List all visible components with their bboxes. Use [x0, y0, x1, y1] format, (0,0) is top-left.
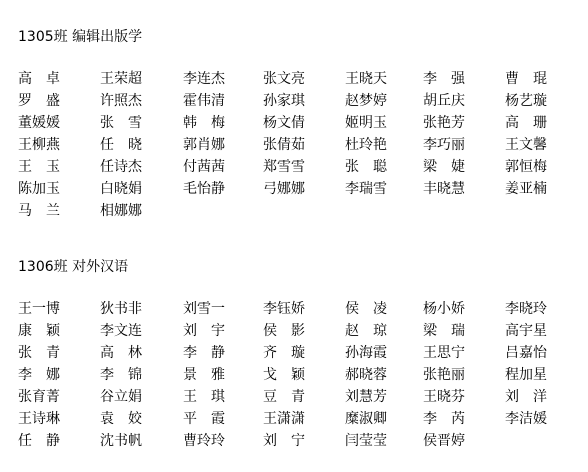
student-name: 杜玲艳	[345, 134, 423, 156]
student-name: 王诗琳	[18, 408, 100, 430]
class-section-1305: 1305班 编辑出版学 高 卓王荣超李连杰张文亮王晓天李 强曹 琨罗 盛许照杰霍…	[18, 30, 588, 222]
student-name: 刘慧芳	[345, 386, 423, 408]
student-name: 刘 洋	[505, 386, 588, 408]
class-section-1306: 1306班 对外汉语 王一博狄书非刘雪一李钰娇侯 凌杨小娇李晓玲康 颖李文连刘 …	[18, 260, 588, 452]
student-name: 高宇星	[505, 320, 588, 342]
student-name: 赵 琼	[345, 320, 423, 342]
student-name: 王潇潇	[263, 408, 345, 430]
student-name: 郭肖娜	[183, 134, 263, 156]
student-name: 姬明玉	[345, 112, 423, 134]
student-name: 李巧丽	[423, 134, 505, 156]
student-name: 王文馨	[505, 134, 588, 156]
student-name: 吕嘉怡	[505, 342, 588, 364]
student-name: 王 琪	[183, 386, 263, 408]
student-name: 景 雅	[183, 364, 263, 386]
student-name: 张文亮	[263, 68, 345, 90]
student-name: 王 玉	[18, 156, 100, 178]
student-name: 平 霞	[183, 408, 263, 430]
student-name: 任 晓	[100, 134, 183, 156]
student-name: 闫莹莹	[345, 430, 423, 452]
student-name: 程加星	[505, 364, 588, 386]
student-name: 豆 青	[263, 386, 345, 408]
student-name: 袁 姣	[100, 408, 183, 430]
student-name: 刘 宇	[183, 320, 263, 342]
student-name: 张 青	[18, 342, 100, 364]
student-name: 高 林	[100, 342, 183, 364]
student-name: 孙海霞	[345, 342, 423, 364]
student-name: 付茜茜	[183, 156, 263, 178]
student-name: 张倩茹	[263, 134, 345, 156]
student-name: 相娜娜	[100, 200, 183, 222]
student-name: 王荣超	[100, 68, 183, 90]
student-name: 戈 颖	[263, 364, 345, 386]
student-name: 齐 璇	[263, 342, 345, 364]
student-name: 胡丘庆	[423, 90, 505, 112]
student-name: 康 颖	[18, 320, 100, 342]
student-name: 杨小娇	[423, 298, 505, 320]
student-name: 杨文倩	[263, 112, 345, 134]
student-name: 马 兰	[18, 200, 100, 222]
student-name: 孙家琪	[263, 90, 345, 112]
student-name: 刘 宁	[263, 430, 345, 452]
student-name: 刘雪一	[183, 298, 263, 320]
student-name: 韩 梅	[183, 112, 263, 134]
student-name: 董媛媛	[18, 112, 100, 134]
student-name: 李 芮	[423, 408, 505, 430]
student-name: 李晓玲	[505, 298, 588, 320]
section-title-1306: 1306班 对外汉语	[18, 260, 588, 274]
student-name: 霍伟清	[183, 90, 263, 112]
student-name: 郑雪雪	[263, 156, 345, 178]
student-name: 李洁媛	[505, 408, 588, 430]
student-name: 谷立娟	[100, 386, 183, 408]
student-name: 陈加玉	[18, 178, 100, 200]
student-name: 张 雪	[100, 112, 183, 134]
student-name: 郭恒梅	[505, 156, 588, 178]
student-name: 罗 盛	[18, 90, 100, 112]
student-name: 沈书帆	[100, 430, 183, 452]
student-name: 王晓天	[345, 68, 423, 90]
student-name: 曹 琨	[505, 68, 588, 90]
student-name: 张艳芳	[423, 112, 505, 134]
student-name: 任诗杰	[100, 156, 183, 178]
student-name: 王一博	[18, 298, 100, 320]
student-name: 张 聪	[345, 156, 423, 178]
student-name: 王思宁	[423, 342, 505, 364]
student-name: 杨艺璇	[505, 90, 588, 112]
student-name: 糜淑卿	[345, 408, 423, 430]
student-name: 李钰娇	[263, 298, 345, 320]
student-name: 侯 影	[263, 320, 345, 342]
student-name: 侯 凌	[345, 298, 423, 320]
student-name: 李 强	[423, 68, 505, 90]
student-name: 李 锦	[100, 364, 183, 386]
student-name: 弓娜娜	[263, 178, 345, 200]
student-name: 毛怡静	[183, 178, 263, 200]
student-name: 李瑞雪	[345, 178, 423, 200]
student-name: 丰晓慧	[423, 178, 505, 200]
student-name: 李连杰	[183, 68, 263, 90]
class-roster-document: 1305班 编辑出版学 高 卓王荣超李连杰张文亮王晓天李 强曹 琨罗 盛许照杰霍…	[0, 0, 588, 452]
student-name: 许照杰	[100, 90, 183, 112]
student-name: 张育菁	[18, 386, 100, 408]
student-name: 侯晋婷	[423, 430, 505, 452]
student-name: 白晓娟	[100, 178, 183, 200]
student-name: 梁 瑞	[423, 320, 505, 342]
student-name: 狄书非	[100, 298, 183, 320]
section-title-1305: 1305班 编辑出版学	[18, 30, 588, 44]
student-name: 张艳丽	[423, 364, 505, 386]
student-name: 高 珊	[505, 112, 588, 134]
student-name: 梁 婕	[423, 156, 505, 178]
student-name: 赵梦婷	[345, 90, 423, 112]
student-name: 王柳燕	[18, 134, 100, 156]
student-name: 李 静	[183, 342, 263, 364]
student-name: 李文连	[100, 320, 183, 342]
student-name: 高 卓	[18, 68, 100, 90]
student-name: 姜亚楠	[505, 178, 588, 200]
student-name: 王晓芬	[423, 386, 505, 408]
student-name-grid: 高 卓王荣超李连杰张文亮王晓天李 强曹 琨罗 盛许照杰霍伟清孙家琪赵梦婷胡丘庆杨…	[18, 68, 588, 222]
student-name: 郝晓蓉	[345, 364, 423, 386]
student-name-grid: 王一博狄书非刘雪一李钰娇侯 凌杨小娇李晓玲康 颖李文连刘 宇侯 影赵 琼梁 瑞高…	[18, 298, 588, 452]
student-name: 曹玲玲	[183, 430, 263, 452]
student-name: 李 娜	[18, 364, 100, 386]
student-name: 任 静	[18, 430, 100, 452]
